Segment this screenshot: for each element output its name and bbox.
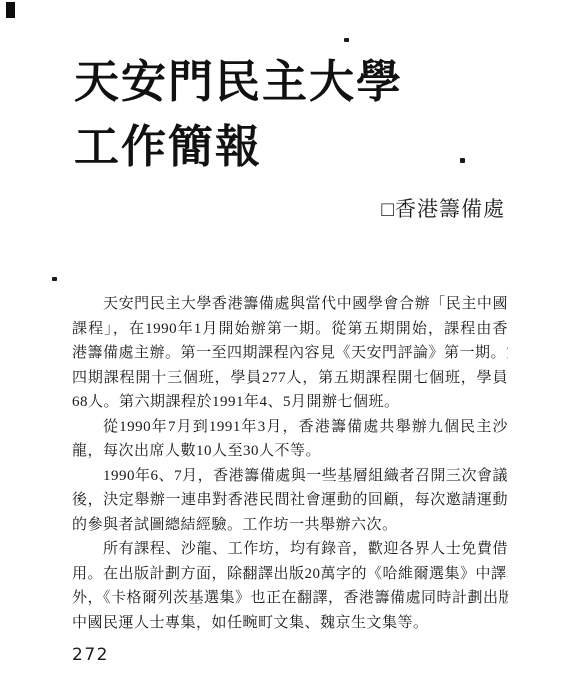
body-line: 從1990年7月到1991年3月，香港籌備處共舉辦九個民主沙 (72, 415, 508, 440)
byline: □香港籌備處 (381, 194, 505, 224)
paragraph-courses: 天安門民主大學香港籌備處與當代中國學會合辦「民主中國 課程」，在1990年1月開… (72, 292, 508, 415)
body-text: 天安門民主大學香港籌備處與當代中國學會合辦「民主中國 課程」，在1990年1月開… (72, 292, 508, 635)
document-page: 天安門民主大學 工作簡報 □香港籌備處 天安門民主大學香港籌備處與當代中國學會合… (0, 0, 578, 686)
scan-artifact-corner-mark (6, 2, 15, 18)
paragraph-salons: 從1990年7月到1991年3月，香港籌備處共舉辦九個民主沙 龍，每次出席人數1… (72, 415, 508, 464)
body-line: 中國民運人士專集，如任畹町文集、魏京生文集等。 (72, 611, 508, 636)
body-line: 外，《卡格爾列茨基選集》也正在翻譯，香港籌備處同時計劃出版 (72, 586, 508, 611)
scan-speck (460, 158, 465, 163)
body-line: 港籌備處主辦。第一至四期課程內容見《天安門評論》第一期。第 (72, 341, 508, 366)
paragraph-workshops: 1990年6、7月，香港籌備處與一些基層組織者召開三次會議 後，決定舉辦一連串對… (72, 464, 508, 538)
body-line: 後，決定舉辦一連串對香港民間社會運動的回顧，每次邀請運動 (72, 488, 508, 513)
body-line: 課程」，在1990年1月開始辦第一期。從第五期開始，課程由香 (72, 317, 508, 342)
body-line: 天安門民主大學香港籌備處與當代中國學會合辦「民主中國 (72, 292, 508, 317)
body-line: 用。在出版計劃方面，除翻譯出版20萬字的《哈維爾選集》中譯本 (72, 562, 508, 587)
page-title: 天安門民主大學 工作簡報 (74, 49, 403, 179)
body-line: 1990年6、7月，香港籌備處與一些基層組織者召開三次會議 (72, 464, 508, 489)
body-line: 68人。第六期課程於1991年4、5月開辦七個班。 (72, 390, 508, 415)
body-line: 龍，每次出席人數10人至30人不等。 (72, 439, 508, 464)
body-line: 四期課程開十三個班，學員277人，第五期課程開七個班，學員 (72, 366, 508, 391)
page-title-line-2: 工作簡報 (74, 114, 403, 179)
paragraph-publications: 所有課程、沙龍、工作坊，均有錄音，歡迎各界人士免費借 用。在出版計劃方面，除翻譯… (72, 537, 508, 635)
scan-speck (344, 38, 349, 42)
page-title-line-1: 天安門民主大學 (74, 49, 403, 114)
scan-speck (52, 277, 57, 281)
page-number: 272 (72, 645, 109, 665)
body-line: 的參與者試圖總結經驗。工作坊一共舉辦六次。 (72, 513, 508, 538)
body-line: 所有課程、沙龍、工作坊，均有錄音，歡迎各界人士免費借 (72, 537, 508, 562)
